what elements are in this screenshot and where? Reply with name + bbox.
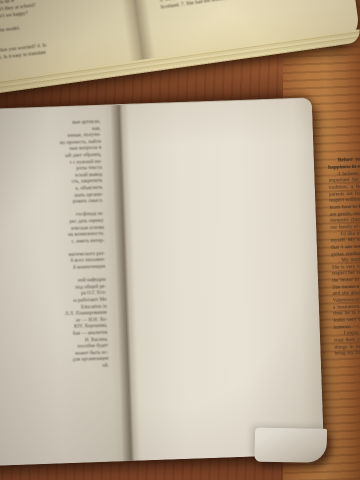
text-title: Text 1. My Family <box>327 131 360 144</box>
page-number: 7 <box>335 358 360 371</box>
paragraph-1: I believe that everything has its beginn… <box>328 165 360 231</box>
top-book-right-page-text: 1. It has been a hard day. 2. Jane has g… <box>157 0 345 11</box>
curled-page-corner <box>254 428 327 463</box>
white-book-left-page: вые артикли, ная, енные, получи- но проч… <box>0 105 130 468</box>
white-book-right-page: UNIT I. ME AND MY FAMILY Text 1. My Fami… <box>118 98 324 461</box>
pre-reading-question: Before reading the text answer the quest… <box>328 152 360 171</box>
white-book: вые артикли, ная, енные, получи- но проч… <box>0 97 324 467</box>
left-page-russian-text: вые артикли, ная, енные, получи- но проч… <box>0 119 109 374</box>
paragraph-3: My mother's name is Larissa Ivanovna. Sh… <box>331 252 360 331</box>
